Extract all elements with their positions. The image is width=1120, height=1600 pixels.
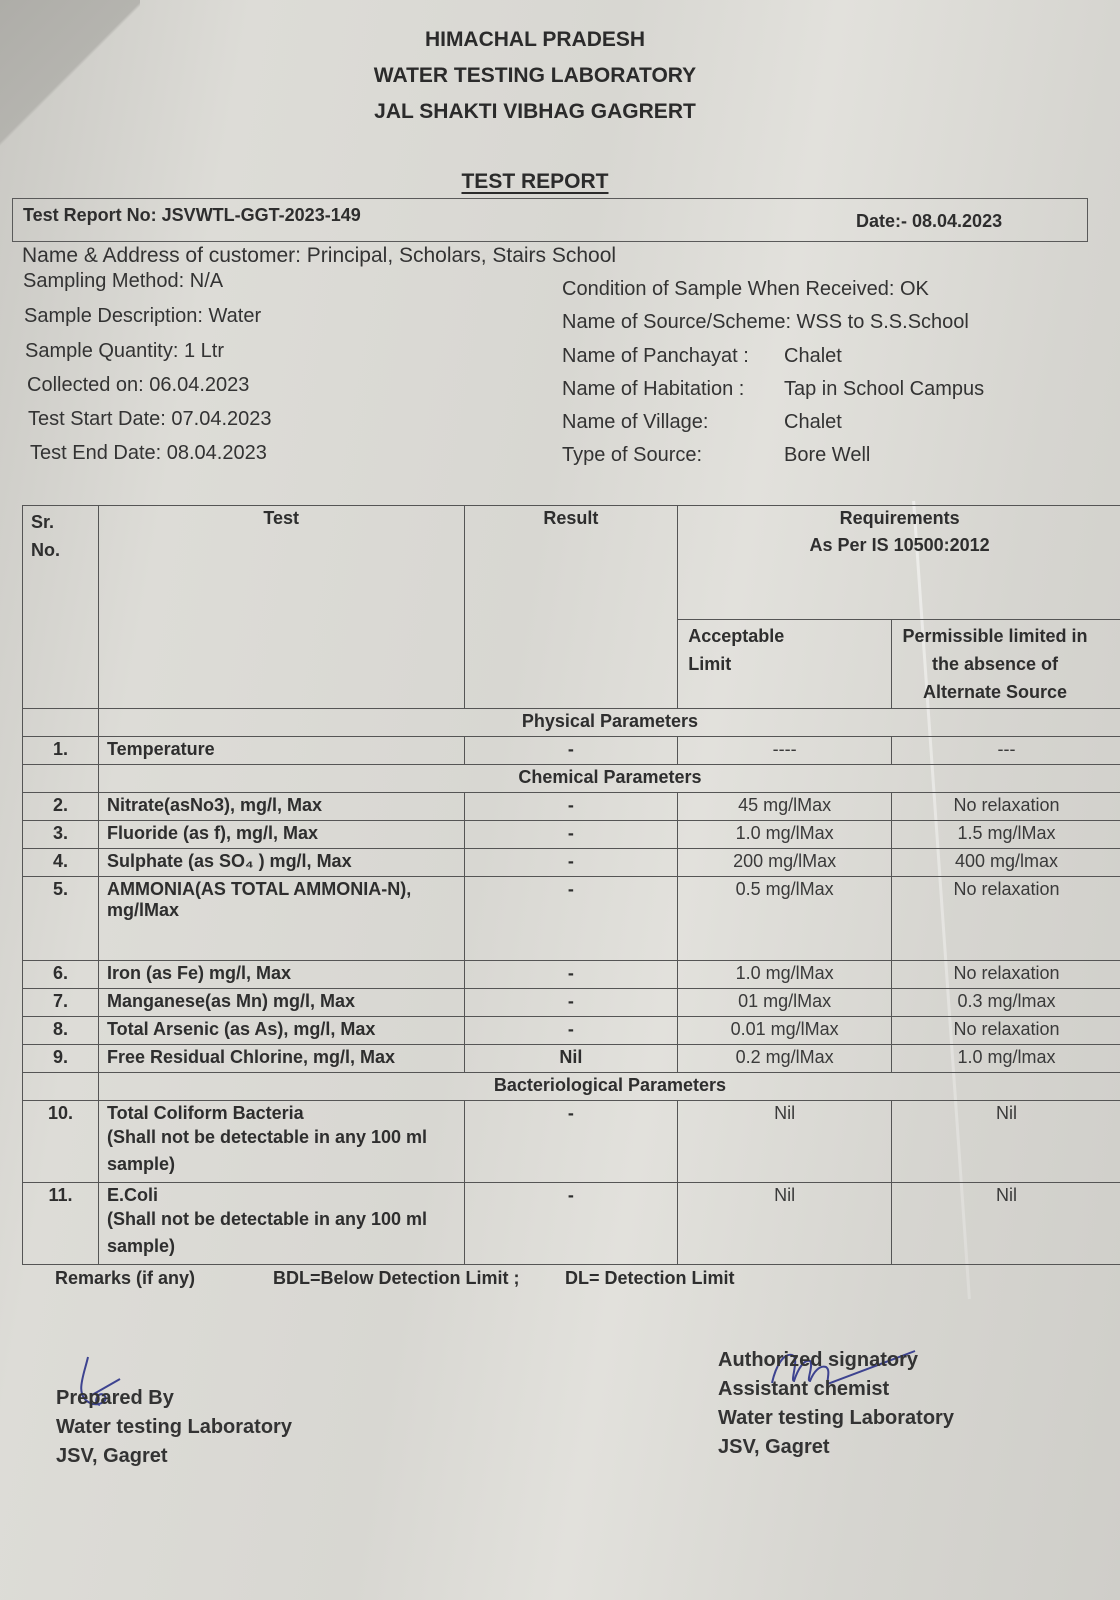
prepared-by-office: JSV, Gagret [56, 1442, 292, 1471]
table-row: 1.Temperature-------- [23, 737, 1120, 765]
header-department: JAL SHAKTI VIBHAG GAGRERT [0, 100, 1070, 124]
cell-sr: 5. [23, 877, 99, 961]
cell-sr: 2. [23, 793, 99, 821]
results-table: Sr. No. Test Result Requirements As Per … [22, 505, 1120, 1265]
remarks-bdl: BDL=Below Detection Limit ; [273, 1268, 520, 1289]
header-requirements: Requirements As Per IS 10500:2012 [678, 506, 1120, 620]
habitation-field: Name of Habitation : Tap in School Campu… [562, 378, 744, 401]
table-row: 9.Free Residual Chlorine, mg/l, MaxNil0.… [23, 1045, 1120, 1073]
table-row: 6.Iron (as Fe) mg/l, Max-1.0 mg/lMaxNo r… [23, 961, 1120, 989]
cell-sr: 3. [23, 821, 99, 849]
cell-acceptable: 1.0 mg/lMax [678, 821, 892, 849]
document-page: HIMACHAL PRADESH WATER TESTING LABORATOR… [0, 0, 1120, 1600]
header-sr-no: Sr. No. [23, 506, 99, 709]
header-state: HIMACHAL PRADESH [0, 28, 1070, 52]
cell-permissible: No relaxation [892, 877, 1120, 961]
habitation-label: Name of Habitation : [562, 378, 744, 401]
table-row: 11.E.Coli(Shall not be detectable in any… [23, 1183, 1120, 1265]
cell-sr: 6. [23, 961, 99, 989]
prepared-by-lab: Water testing Laboratory [56, 1413, 292, 1442]
cell-test: Total Coliform Bacteria(Shall not be det… [98, 1101, 464, 1183]
cell-sr: 10. [23, 1101, 99, 1183]
source-type-value: Bore Well [784, 444, 870, 467]
cell-permissible: No relaxation [892, 793, 1120, 821]
header-standard: As Per IS 10500:2012 [686, 535, 1113, 556]
village-field: Name of Village: Chalet [562, 411, 708, 434]
header-acceptable-label: Acceptable Limit [686, 622, 796, 678]
section-physical: Physical Parameters [23, 709, 1120, 737]
cell-sr: 1. [23, 737, 99, 765]
test-name: Total Coliform Bacteria [107, 1103, 456, 1124]
header-acceptable-limit: Acceptable Limit [678, 620, 892, 709]
test-note: (Shall not be detectable in any 100 ml s… [107, 1206, 456, 1260]
sample-quantity: Sample Quantity: 1 Ltr [25, 340, 224, 363]
cell-permissible: 1.0 mg/lmax [892, 1045, 1120, 1073]
table-row: 8.Total Arsenic (as As), mg/l, Max-0.01 … [23, 1017, 1120, 1045]
section-spacer [23, 765, 99, 793]
cell-test: Sulphate (as SO₄ ) mg/l, Max [98, 849, 464, 877]
test-note: (Shall not be detectable in any 100 ml s… [107, 1124, 456, 1178]
cell-acceptable: ---- [678, 737, 892, 765]
cell-permissible: No relaxation [892, 961, 1120, 989]
cell-result: - [464, 961, 678, 989]
header-test: Test [98, 506, 464, 709]
cell-result: - [464, 1183, 678, 1265]
cell-acceptable: 0.5 mg/lMax [678, 877, 892, 961]
test-start-date: Test Start Date: 07.04.2023 [28, 408, 272, 431]
cell-acceptable: 0.01 mg/lMax [678, 1017, 892, 1045]
report-number: Test Report No: JSVWTL-GGT-2023-149 [23, 205, 361, 226]
cell-sr: 9. [23, 1045, 99, 1073]
cell-result: - [464, 821, 678, 849]
cell-permissible: 1.5 mg/lMax [892, 821, 1120, 849]
cell-acceptable: 0.2 mg/lMax [678, 1045, 892, 1073]
test-end-date: Test End Date: 08.04.2023 [30, 442, 267, 465]
sample-condition: Condition of Sample When Received: OK [562, 278, 929, 301]
cell-test: AMMONIA(AS TOTAL AMMONIA-N), mg/lMax [98, 877, 464, 961]
cell-result: - [464, 737, 678, 765]
section-chemical-label: Chemical Parameters [98, 765, 1120, 793]
panchayat-label: Name of Panchayat : [562, 345, 749, 368]
cell-sr: 7. [23, 989, 99, 1017]
cell-acceptable: 45 mg/lMax [678, 793, 892, 821]
section-physical-label: Physical Parameters [98, 709, 1120, 737]
header-lab: WATER TESTING LABORATORY [0, 64, 1070, 88]
header-permissible-limit: Permissible limited in the absence of Al… [892, 620, 1120, 709]
cell-result: - [464, 793, 678, 821]
cell-acceptable: 1.0 mg/lMax [678, 961, 892, 989]
section-bacteriological: Bacteriological Parameters [23, 1073, 1120, 1101]
source-type-field: Type of Source: Bore Well [562, 444, 702, 467]
customer-info: Name & Address of customer: Principal, S… [22, 244, 616, 268]
cell-acceptable: Nil [678, 1101, 892, 1183]
cell-test: Temperature [98, 737, 464, 765]
table-row: 5.AMMONIA(AS TOTAL AMMONIA-N), mg/lMax-0… [23, 877, 1120, 961]
cell-test: E.Coli(Shall not be detectable in any 10… [98, 1183, 464, 1265]
table-header-row: Sr. No. Test Result Requirements As Per … [23, 506, 1120, 620]
remarks-label: Remarks (if any) [55, 1268, 195, 1289]
cell-sr: 8. [23, 1017, 99, 1045]
cell-sr: 11. [23, 1183, 99, 1265]
cell-result: - [464, 849, 678, 877]
sample-description: Sample Description: Water [24, 305, 261, 328]
panchayat-field: Name of Panchayat : Chalet [562, 345, 749, 368]
village-label: Name of Village: [562, 411, 708, 434]
cell-result: Nil [464, 1045, 678, 1073]
cell-result: - [464, 1017, 678, 1045]
cell-permissible: 400 mg/lmax [892, 849, 1120, 877]
section-bacteriological-label: Bacteriological Parameters [98, 1073, 1120, 1101]
table-row: 3.Fluoride (as f), mg/l, Max-1.0 mg/lMax… [23, 821, 1120, 849]
cell-test: Nitrate(asNo3), mg/l, Max [98, 793, 464, 821]
cell-permissible: --- [892, 737, 1120, 765]
cell-permissible: Nil [892, 1183, 1120, 1265]
authorized-signatory-label: Authorized signatory [718, 1346, 954, 1375]
cell-result: - [464, 989, 678, 1017]
authorized-office: JSV, Gagret [718, 1433, 954, 1462]
report-number-box: Test Report No: JSVWTL-GGT-2023-149 Date… [12, 198, 1088, 242]
header-requirements-label: Requirements [686, 508, 1113, 529]
habitation-value: Tap in School Campus [784, 378, 984, 401]
cell-permissible: 0.3 mg/lmax [892, 989, 1120, 1017]
cell-result: - [464, 1101, 678, 1183]
cell-test: Fluoride (as f), mg/l, Max [98, 821, 464, 849]
cell-test: Manganese(as Mn) mg/l, Max [98, 989, 464, 1017]
cell-acceptable: Nil [678, 1183, 892, 1265]
cell-test: Free Residual Chlorine, mg/l, Max [98, 1045, 464, 1073]
section-spacer [23, 709, 99, 737]
panchayat-value: Chalet [784, 345, 842, 368]
test-name: E.Coli [107, 1185, 456, 1206]
sampling-method: Sampling Method: N/A [23, 270, 223, 293]
remarks-dl: DL= Detection Limit [565, 1268, 735, 1289]
cell-acceptable: 200 mg/lMax [678, 849, 892, 877]
authorized-signatory-block: Authorized signatory Assistant chemist W… [718, 1346, 954, 1462]
table-row: 4.Sulphate (as SO₄ ) mg/l, Max-200 mg/lM… [23, 849, 1120, 877]
table-row: 10.Total Coliform Bacteria(Shall not be … [23, 1101, 1120, 1183]
collected-on: Collected on: 06.04.2023 [27, 374, 249, 397]
report-date: Date:- 08.04.2023 [856, 211, 1002, 232]
header-result: Result [464, 506, 678, 709]
authorized-designation: Assistant chemist [718, 1375, 954, 1404]
source-type-label: Type of Source: [562, 444, 702, 467]
table-row: 2.Nitrate(asNo3), mg/l, Max-45 mg/lMaxNo… [23, 793, 1120, 821]
table-row: 7.Manganese(as Mn) mg/l, Max-01 mg/lMax0… [23, 989, 1120, 1017]
village-value: Chalet [784, 411, 842, 434]
header-permissible-label: Permissible limited in the absence of Al… [900, 622, 1090, 706]
cell-test: Total Arsenic (as As), mg/l, Max [98, 1017, 464, 1045]
section-spacer [23, 1073, 99, 1101]
prepared-by-block: Prepared By Water testing Laboratory JSV… [56, 1384, 292, 1471]
cell-result: - [464, 877, 678, 961]
cell-acceptable: 01 mg/lMax [678, 989, 892, 1017]
section-chemical: Chemical Parameters [23, 765, 1120, 793]
authorized-lab: Water testing Laboratory [718, 1404, 954, 1433]
report-title: TEST REPORT [0, 170, 1070, 194]
prepared-by-label: Prepared By [56, 1384, 292, 1413]
cell-permissible: Nil [892, 1101, 1120, 1183]
cell-test: Iron (as Fe) mg/l, Max [98, 961, 464, 989]
source-scheme: Name of Source/Scheme: WSS to S.S.School [562, 311, 969, 334]
cell-permissible: No relaxation [892, 1017, 1120, 1045]
header-sr-no-label: Sr. No. [31, 508, 71, 564]
cell-sr: 4. [23, 849, 99, 877]
